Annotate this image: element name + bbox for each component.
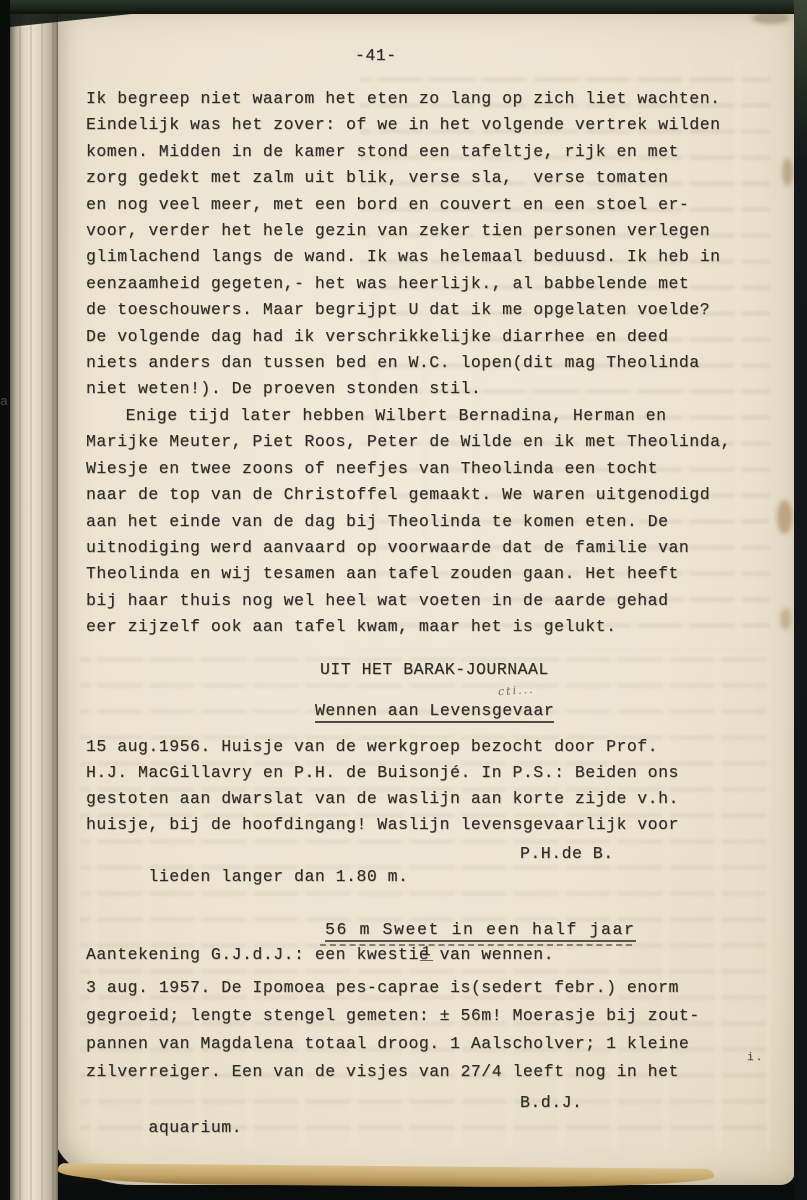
text-line: Ik begreep niet waarom het eten zo lang … — [86, 86, 721, 112]
entry2-signature: B.d.J. — [520, 1089, 582, 1117]
text-line: Eindelijk was het zover: of we in het vo… — [86, 112, 721, 138]
scan-edge-left — [0, 0, 10, 1200]
entry2-heading: 56 m Sweet in een half jaar — [325, 920, 636, 942]
entry1-signature: P.H.de B. — [520, 841, 614, 867]
text-line: niets anders dan tussen bed en W.C. lope… — [86, 350, 721, 376]
text-line: eer zijzelf ook aan tafel kwam, maar het… — [86, 614, 731, 640]
text-line: niet weten!). De proeven stonden stil. — [86, 376, 721, 402]
text-line: 15 aug.1956. Huisje van de werkgroep bez… — [86, 734, 679, 760]
page-number: -41- — [355, 46, 397, 65]
book-gutter-pages — [10, 0, 58, 1200]
entry2-last-line: aquarium. B.d.J. — [86, 1086, 700, 1198]
entry2-text: 3 aug. 1957. De Ipomoea pes-caprae is(se… — [86, 974, 700, 1198]
paper-stain — [777, 500, 792, 534]
text-line: gegroeid; lengte stengel gemeten: ± 56m!… — [86, 1002, 700, 1030]
text-line: zilverreiger. Een van de visjes van 27/4… — [86, 1058, 700, 1086]
text-line: Marijke Meuter, Piet Roos, Peter de Wild… — [86, 429, 731, 455]
text-line: en nog veel meer, met een bord en couver… — [86, 192, 721, 218]
text-line: naar de top van de Christoffel gemaakt. … — [86, 482, 731, 508]
body-paragraph-2: Enige tijd later hebben Wilbert Bernadin… — [86, 403, 731, 641]
text-line: komen. Midden in de kamer stond een tafe… — [86, 139, 721, 165]
entry1-heading: Wennen aan Levensgevaar — [315, 701, 554, 723]
margin-mark-left: a — [0, 394, 8, 409]
text-line: H.J. MacGillavry en P.H. de Buisonjé. In… — [86, 760, 679, 786]
text-line: pannen van Magdalena totaal droog. 1 Aal… — [86, 1030, 700, 1058]
text-line: glimlachend langs de wand. Ik was helema… — [86, 244, 721, 270]
text-line: gestoten aan dwarslat van de waslijn aan… — [86, 786, 679, 812]
text-line: eenzaamheid gegeten,- het was heerlijk.,… — [86, 271, 721, 297]
paper-stain — [782, 158, 793, 186]
body-paragraph-1: Ik begreep niet waarom het eten zo lang … — [86, 86, 721, 403]
scan-edge-right — [794, 0, 807, 1200]
section-heading-journal: UIT HET BARAK-JOURNAAL — [320, 660, 549, 679]
entry2-lines: 3 aug. 1957. De Ipomoea pes-caprae is(se… — [86, 974, 700, 1086]
entry2-footnote-mark: 1 — [420, 944, 433, 961]
text-line: zorg gedekt met zalm uit blik, verse sla… — [86, 165, 721, 191]
text-line: voor, verder het hele gezin van zeker ti… — [86, 218, 721, 244]
margin-mark-right: i. — [747, 1052, 764, 1064]
text-line: huisje, bij de hoofdingang! Waslijn leve… — [86, 812, 679, 838]
scanned-book-page: -41- Ik begreep niet waarom het eten zo … — [0, 0, 807, 1200]
text-line: 3 aug. 1957. De Ipomoea pes-caprae is(se… — [86, 974, 700, 1002]
entry1-lines: 15 aug.1956. Huisje van de werkgroep bez… — [86, 734, 679, 838]
text-line: bij haar thuis nog wel heel wat voeten i… — [86, 588, 731, 614]
entry1-last-line-text: lieden langer dan 1.80 m. — [148, 867, 408, 886]
entry2-last-line-text: aquarium. — [148, 1118, 242, 1137]
paper-stain — [780, 608, 791, 630]
text-line: aan het einde van de dag bij Theolinda t… — [86, 509, 731, 535]
text-line: Enige tijd later hebben Wilbert Bernadin… — [86, 403, 731, 429]
text-line: uitnodiging werd aanvaard op voorwaarde … — [86, 535, 731, 561]
text-line: De volgende dag had ik verschrikkelijke … — [86, 324, 721, 350]
text-line: Wiesje en twee zoons of neefjes van Theo… — [86, 456, 731, 482]
text-line: de toeschouwers. Maar begrijpt U dat ik … — [86, 297, 721, 323]
text-line: Theolinda en wij tesamen aan tafel zoude… — [86, 561, 731, 587]
handwritten-pencil-note: cti... — [498, 683, 535, 699]
